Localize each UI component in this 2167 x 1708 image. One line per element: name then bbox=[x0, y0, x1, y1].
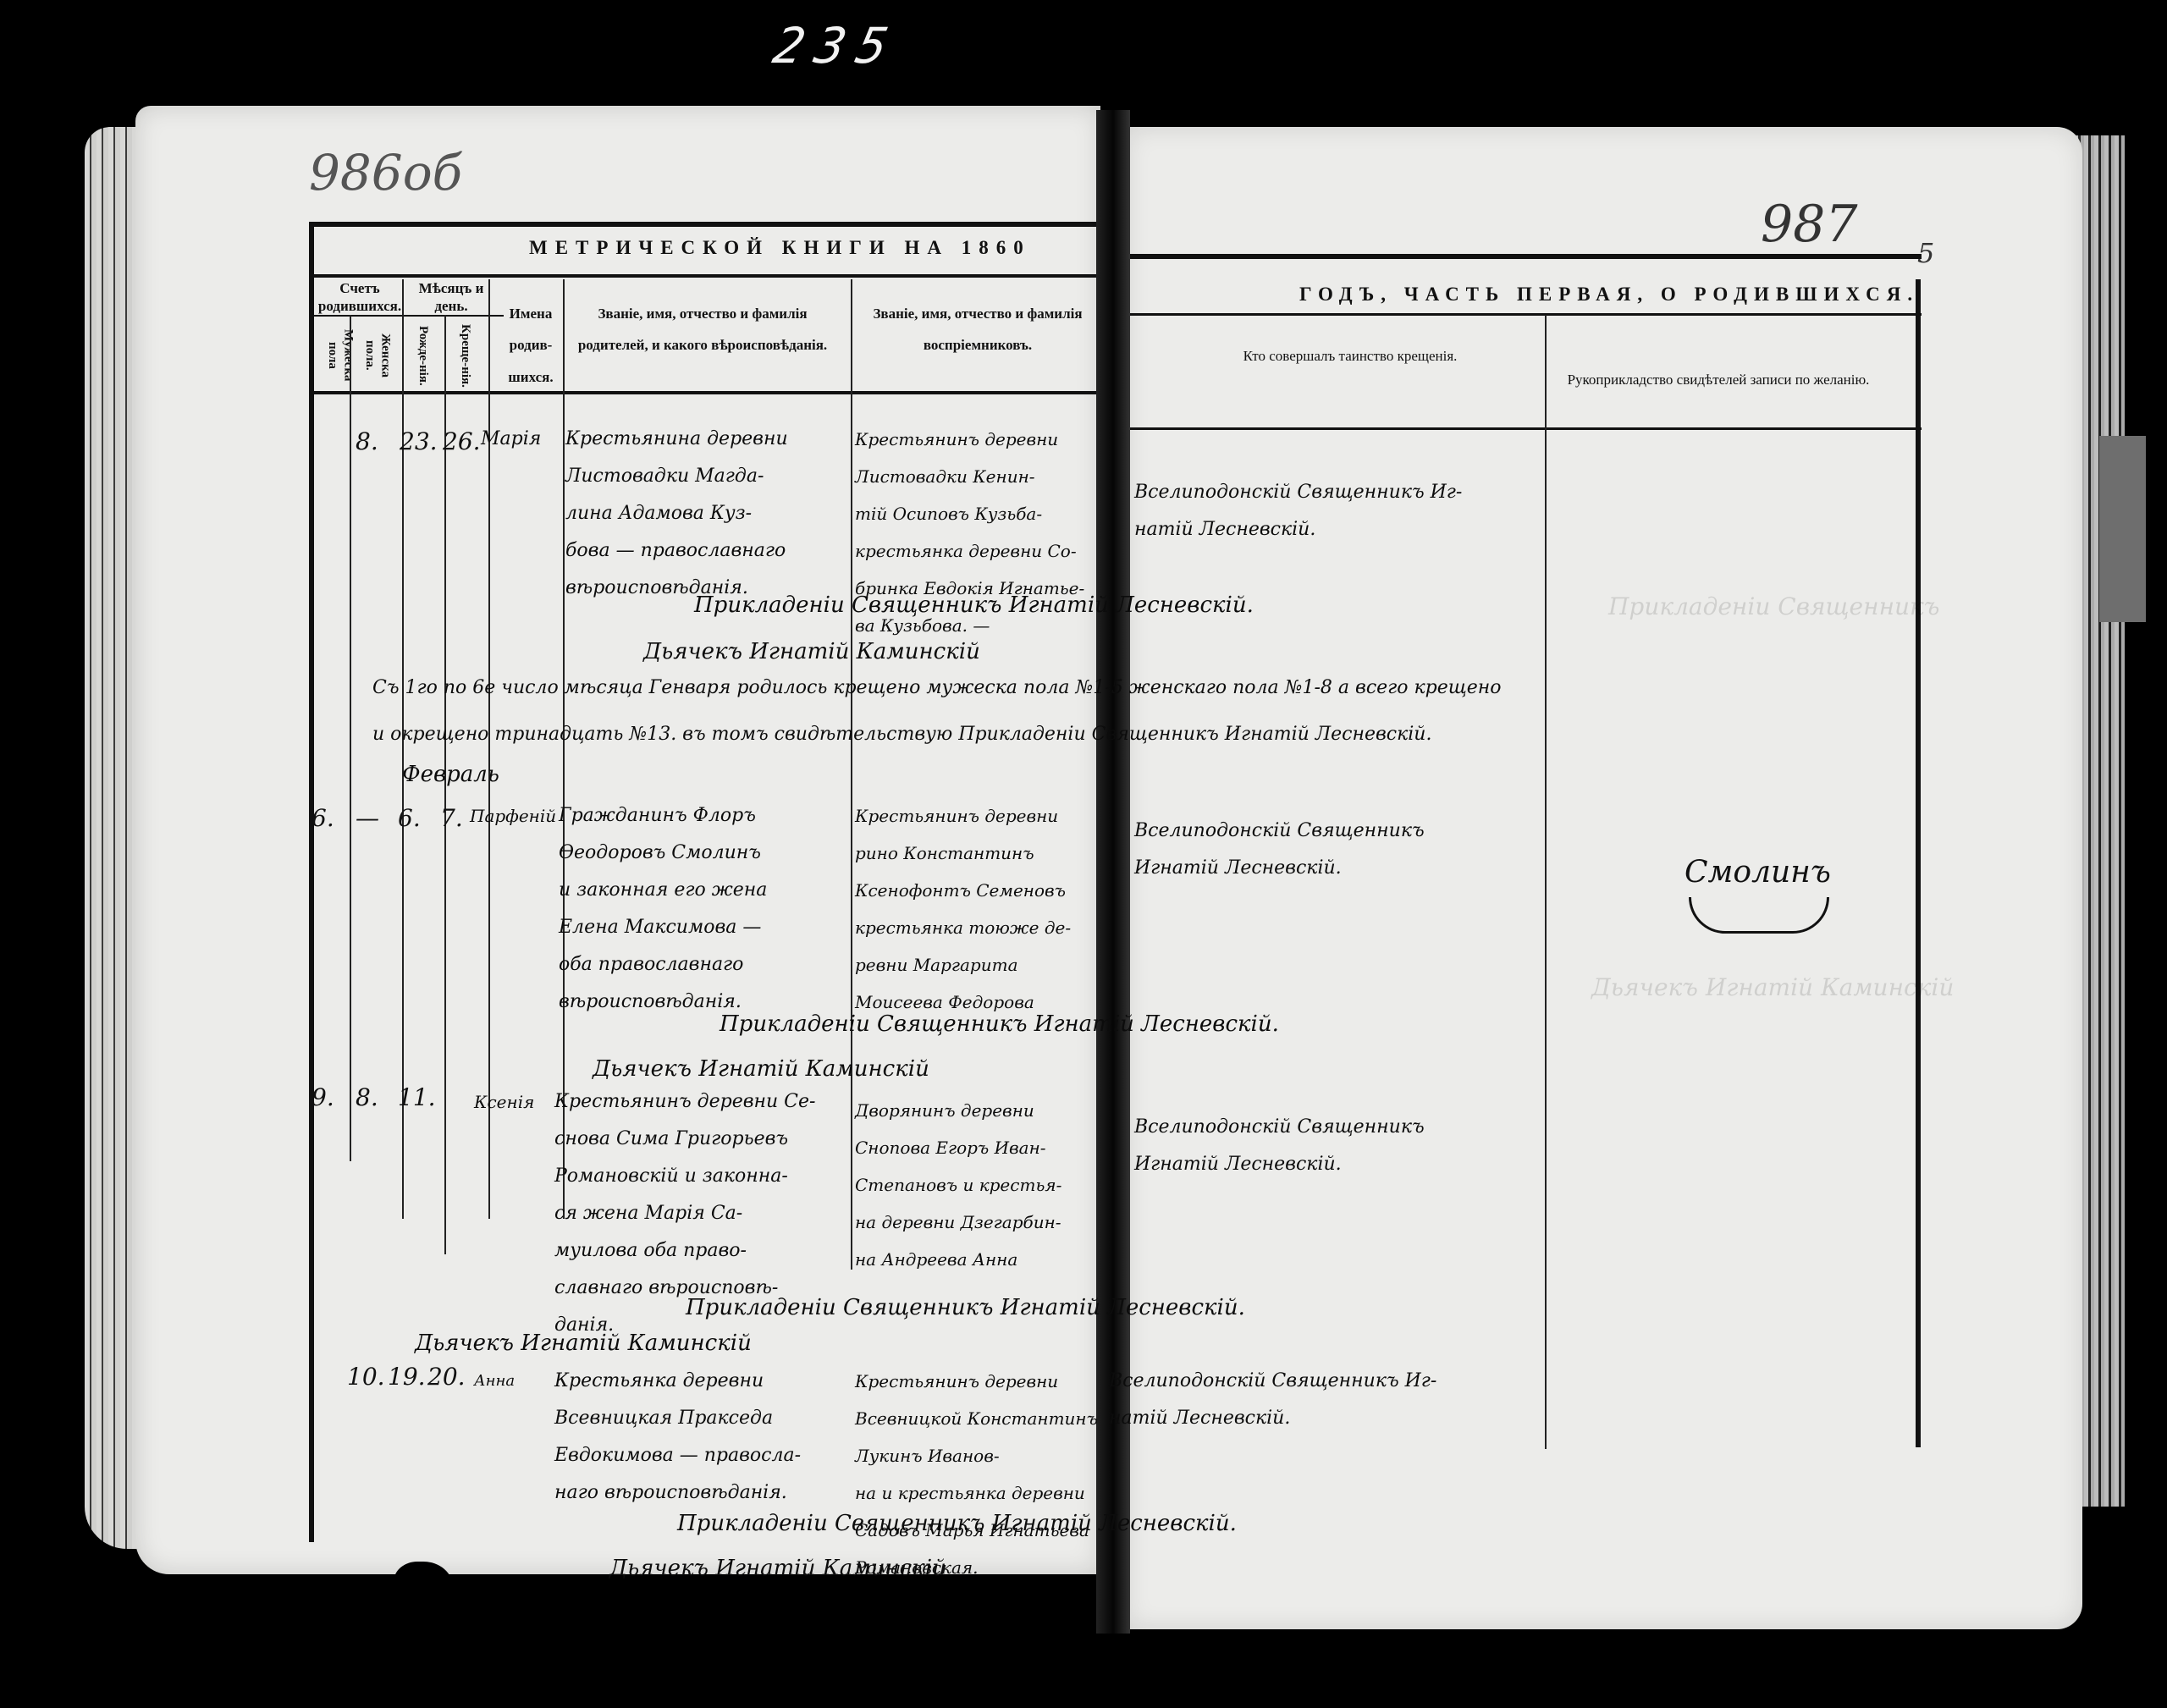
text-line: натій Лесневскій. bbox=[1134, 511, 1462, 548]
text-line: Вселиподонскій Священникъ Иг- bbox=[1134, 474, 1462, 511]
text-line: наго вѣроисповѣданія. bbox=[554, 1474, 801, 1512]
bleed-through-text: Дьячекъ Игнатій Каминскій bbox=[1591, 973, 1954, 1001]
header-baptism: Креще-нія. bbox=[457, 322, 473, 389]
entry-2-female-no: — bbox=[356, 804, 379, 832]
text-line: Евдокимова — правосла- bbox=[554, 1437, 801, 1474]
entry-3-name: Ксенія bbox=[474, 1083, 534, 1121]
entry-3-attestation: Прикладеніи Священникъ Игнатій Лесневскі… bbox=[686, 1295, 1245, 1320]
text-line: на деревни Дзегарбин- bbox=[855, 1204, 1061, 1241]
text-line: Вселиподонскій Священникъ bbox=[1134, 813, 1425, 850]
entry-1-clerk-signature: Дьячекъ Игнатій Каминскій bbox=[643, 639, 980, 664]
text-line: ся жена Марія Са- bbox=[554, 1195, 815, 1232]
text-line: лина Адамова Куз- bbox=[565, 495, 788, 532]
text-line: Крестьянинъ деревни bbox=[855, 421, 1084, 458]
text-line: на и крестьянка деревни bbox=[855, 1474, 1098, 1512]
entry-1-female-no: 8. bbox=[356, 427, 378, 455]
text-line: Өеодоровъ Смолинъ bbox=[559, 835, 767, 872]
entry-4-attestation: Прикладеніи Священникъ Игнатій Лесневскі… bbox=[677, 1511, 1237, 1536]
entry-2-attestation: Прикладеніи Священникъ Игнатій Лесневскі… bbox=[720, 1011, 1279, 1037]
text-line: Всевницкая Пракседа bbox=[554, 1400, 801, 1437]
left-page-title: МЕТРИЧЕСКОЙ КНИГИ НА 1860 bbox=[529, 237, 1031, 259]
right-page-title: ГОДЪ, ЧАСТЬ ПЕРВАЯ, О РОДИВШИХСЯ. bbox=[1299, 284, 1919, 306]
text-line: рино Константинъ bbox=[855, 835, 1071, 872]
text-line: муилова оба право- bbox=[554, 1232, 815, 1270]
entry-4-name: Анна bbox=[474, 1363, 515, 1400]
entry-2-male-no: 6. bbox=[312, 804, 334, 832]
monthly-summary-line-2: и окрещено тринадцать №13. въ томъ свидѣ… bbox=[372, 724, 1431, 745]
entry-2-performed-by: Вселиподонскій Священникъ Игнатій Леснев… bbox=[1134, 813, 1425, 887]
entry-2-birth-day: 6. bbox=[398, 804, 421, 832]
entry-3-performed-by: Вселиподонскій Священникъ Игнатій Леснев… bbox=[1134, 1109, 1425, 1183]
header-birth-count: Счетъ родившихся. bbox=[317, 279, 402, 316]
text-line: крестьянка деревни Со- bbox=[855, 532, 1084, 570]
text-line: Крестьянина деревни bbox=[565, 421, 788, 458]
text-line: Листовадки Магда- bbox=[565, 458, 788, 495]
text-line: и законная его жена bbox=[559, 872, 767, 909]
text-line: Крестьянинъ деревни bbox=[855, 1363, 1098, 1400]
entry-3-godparents: Дворянинъ деревни Снопова Егоръ Иван- Ст… bbox=[855, 1092, 1061, 1278]
text-line: Елена Максимова — bbox=[559, 909, 767, 946]
archive-stamp-number: 235 bbox=[769, 17, 905, 74]
text-line: Крестьянка деревни bbox=[554, 1363, 801, 1400]
entry-1-birth-day: 23. bbox=[400, 427, 438, 455]
text-line: натій Лесневскій. bbox=[1109, 1400, 1436, 1437]
text-line: Романовскій и законна- bbox=[554, 1158, 815, 1195]
header-female: Женска пола. bbox=[361, 322, 394, 389]
entry-2-clerk-signature: Дьячекъ Игнатій Каминскій bbox=[593, 1056, 929, 1082]
page-tab bbox=[2099, 436, 2146, 622]
entry-3-birth-day: 8. bbox=[356, 1083, 378, 1111]
entry-4-baptism-day: 20. bbox=[427, 1363, 466, 1391]
entry-2-baptism-day: 7. bbox=[440, 804, 463, 832]
text-line: Всевницкой Константинъ bbox=[855, 1400, 1098, 1437]
text-line: Снопова Егоръ Иван- bbox=[855, 1129, 1061, 1166]
entry-1-baptism-day: 26. bbox=[443, 427, 481, 455]
text-line: Степановъ и крестья- bbox=[855, 1166, 1061, 1204]
entry-1-performed-by: Вселиподонскій Священникъ Иг- натій Лесн… bbox=[1134, 474, 1462, 548]
entry-2-month: Февраль bbox=[402, 762, 499, 787]
text-line: бова — православнаго bbox=[565, 532, 788, 570]
header-parents: Званіе, имя, отчество и фамилія родителе… bbox=[567, 298, 838, 361]
entry-1-parents: Крестьянина деревни Листовадки Магда- ли… bbox=[565, 421, 788, 607]
text-line: Игнатій Лесневскій. bbox=[1134, 850, 1425, 887]
entry-2-parents: Гражданинъ Флоръ Өеодоровъ Смолинъ и зак… bbox=[559, 797, 767, 1021]
header-performed-by: Кто совершалъ таинство крещенія. bbox=[1172, 347, 1528, 365]
entry-1-name: Марія bbox=[481, 421, 541, 458]
header-birth: Рожде-нія. bbox=[415, 322, 431, 389]
text-line: Ксенофонтъ Семеновъ bbox=[855, 872, 1071, 909]
header-month-day: Мѣсяцъ и день. bbox=[409, 279, 494, 316]
text-line: Игнатій Лесневскій. bbox=[1134, 1146, 1425, 1183]
text-line: на Андреева Анна bbox=[855, 1241, 1061, 1278]
text-line: Гражданинъ Флоръ bbox=[559, 797, 767, 835]
entry-4-performed-by: Вселиподонскій Священникъ Иг- натій Лесн… bbox=[1109, 1363, 1436, 1437]
text-line: ревни Маргарита bbox=[855, 946, 1071, 983]
text-line: снова Сима Григорьевъ bbox=[554, 1121, 815, 1158]
entry-2-godparents: Крестьянинъ деревни рино Константинъ Ксе… bbox=[855, 797, 1071, 1021]
text-line: Вселиподонскій Священникъ bbox=[1134, 1109, 1425, 1146]
folio-number-left: 986об bbox=[309, 144, 462, 201]
entry-3-clerk-signature: Дьячекъ Игнатій Каминскій bbox=[415, 1331, 752, 1356]
entry-3-baptism-day: 11. bbox=[398, 1083, 436, 1111]
bleed-through-text: Прикладеніи Священникъ bbox=[1608, 592, 1939, 620]
signature-flourish bbox=[1689, 897, 1829, 934]
entry-1-attestation: Прикладеніи Священникъ Игнатій Лесневскі… bbox=[694, 592, 1254, 618]
entry-2-name: Парфеній bbox=[470, 797, 556, 835]
text-line: оба православнаго bbox=[559, 946, 767, 983]
entry-4-female-no: 10. bbox=[347, 1363, 385, 1391]
text-line: Листовадки Кенин- bbox=[855, 458, 1084, 495]
text-line: Крестьянинъ деревни Се- bbox=[554, 1083, 815, 1121]
entry-4-birth-day: 19. bbox=[388, 1363, 426, 1391]
entry-4-clerk-signature: Дьячекъ Игнатій Каминскій bbox=[609, 1556, 946, 1581]
text-line: тій Осиповъ Кузьба- bbox=[855, 495, 1084, 532]
entry-4-godparents: Крестьянинъ деревни Всевницкой Константи… bbox=[855, 1363, 1098, 1586]
text-line: Лукинъ Иванов- bbox=[855, 1437, 1098, 1474]
text-line: Дворянинъ деревни bbox=[855, 1092, 1061, 1129]
ink-blot bbox=[394, 1562, 453, 1612]
header-godparents: Званіе, имя, отчество и фамилія воспріем… bbox=[859, 298, 1096, 361]
entry-3-male-no: 9. bbox=[312, 1083, 334, 1111]
folio-number-right: 987 bbox=[1761, 195, 1858, 254]
header-names: Имена родив-шихся. bbox=[505, 298, 556, 393]
witness-signature: Смолинъ bbox=[1685, 855, 1831, 890]
text-line: Крестьянинъ деревни bbox=[855, 797, 1071, 835]
header-witnesses: Рукоприкладство свидѣтелей записи по жел… bbox=[1558, 364, 1879, 395]
text-line: крестьянка тоюже де- bbox=[855, 909, 1071, 946]
entry-4-parents: Крестьянка деревни Всевницкая Пракседа Е… bbox=[554, 1363, 801, 1512]
text-line: Вселиподонскій Священникъ Иг- bbox=[1109, 1363, 1436, 1400]
monthly-summary-line-1: Съ 1го по 6е число мѣсяца Генваря родило… bbox=[372, 677, 1502, 698]
